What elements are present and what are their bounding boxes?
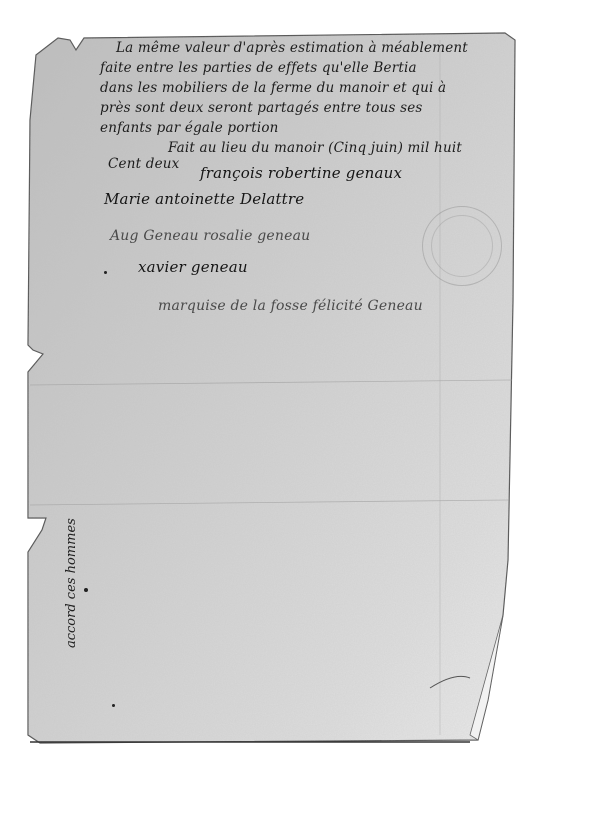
paper-sheet [0,0,609,839]
ink-spot [112,704,115,707]
scanned-document: La même valeur d'après estimation à méab… [0,0,609,839]
margin-note-vertical: accord ces hommes [64,518,79,648]
ink-spot [104,271,107,274]
closing-prefix: Cent deux [108,156,179,172]
body-line-4: près sont deux seront partagés entre tou… [100,100,423,116]
body-line-1: La même valeur d'après estimation à méab… [116,40,468,56]
signature-1: françois robertine genaux [200,164,402,182]
body-line-3: dans les mobiliers de la ferme du manoir… [100,80,446,96]
faded-seal-stamp [422,206,502,286]
signature-5: marquise de la fosse félicité Geneau [158,298,423,314]
signature-2: Marie antoinette Delattre [104,190,304,208]
signature-4: xavier geneau [138,258,248,276]
body-line-2: faite entre les parties de effets qu'ell… [100,60,417,76]
ink-spot [84,588,88,592]
closing-line: Fait au lieu du manoir (Cinq juin) mil h… [168,140,462,156]
body-line-5: enfants par égale portion [100,120,279,136]
signature-3: Aug Geneau rosalie geneau [110,228,310,244]
